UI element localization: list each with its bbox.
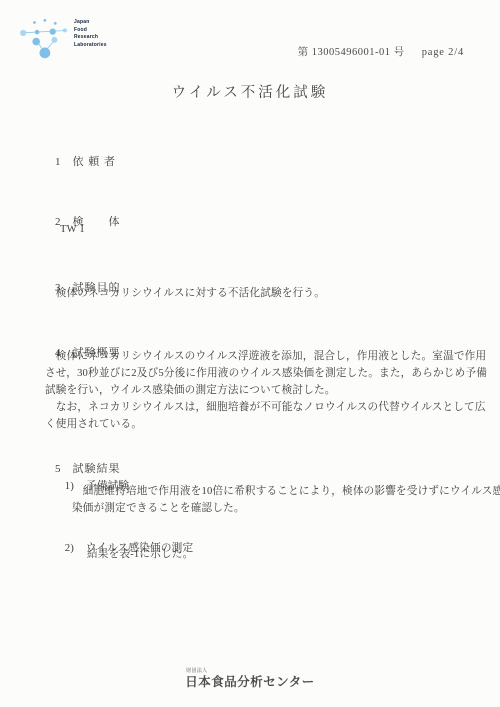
footer-org-name: 日本食品分析センター: [185, 672, 315, 690]
section-1-number: 1: [55, 156, 62, 168]
section-1-label: 依 頼 者: [73, 156, 117, 168]
footer-org-prefix: 財団法人: [186, 667, 207, 674]
document-number: 第 13005496001-01 号: [298, 47, 405, 58]
sample-name: TWＩ: [60, 221, 88, 238]
footer: 財団法人 日本食品分析センター: [0, 672, 500, 691]
subsection-5-2-text: 結果を表-1に示した。: [87, 546, 193, 563]
section-3-text: 検体のネコカリシウイルスに対する不活化試験を行う。: [45, 285, 325, 302]
logo-word-laboratories: Laboratories: [74, 43, 107, 48]
logo-word-japan: Japan: [74, 20, 107, 25]
section-4-text-line: 検体にネコカリシウイルスのウイルス浮遊液を添加，混合し，作用液とした。室温で作用: [45, 348, 486, 365]
subsection-5-2-number: 2): [65, 542, 74, 554]
document-page: Japan Food Research Laboratories 第 13005…: [0, 0, 500, 707]
section-4-text-line: なお，ネコカリシウイルスは，細胞培養が不可能なノロウイルスの代替ウイルスとして広: [45, 399, 486, 416]
logo-word-research: Research: [74, 35, 107, 40]
section-1-heading: 1依 頼 者: [40, 141, 116, 181]
section-4-text-line: 試験を行い，ウイルス感染価の測定方法について検討した。: [45, 382, 336, 399]
subsection-5-1-text-line: 染価が測定できることを確認した。: [72, 500, 245, 517]
jfrl-logo-wordmark: Japan Food Research Laboratories: [74, 20, 107, 48]
subsection-5-1-text-line: 細胞維持培地で作用液を10倍に希釈することにより，検体の影響を受けずにウイルス感: [72, 483, 500, 500]
jfrl-logo: Japan Food Research Laboratories: [18, 14, 128, 66]
section-4-text-line: く使用されている。: [45, 416, 142, 433]
page-indicator: page 2/4: [422, 47, 464, 58]
document-reference: 第 13005496001-01 号 page 2/4: [298, 44, 464, 59]
section-4-text-line: させ，30秒並びに2及び5分後に作用液のウイルス感染価を測定した。また，あらかじ…: [45, 365, 487, 382]
logo-word-food: Food: [74, 28, 107, 33]
jfrl-logo-icon: [18, 14, 70, 64]
document-title: ウイルス不活化試験: [0, 81, 500, 102]
